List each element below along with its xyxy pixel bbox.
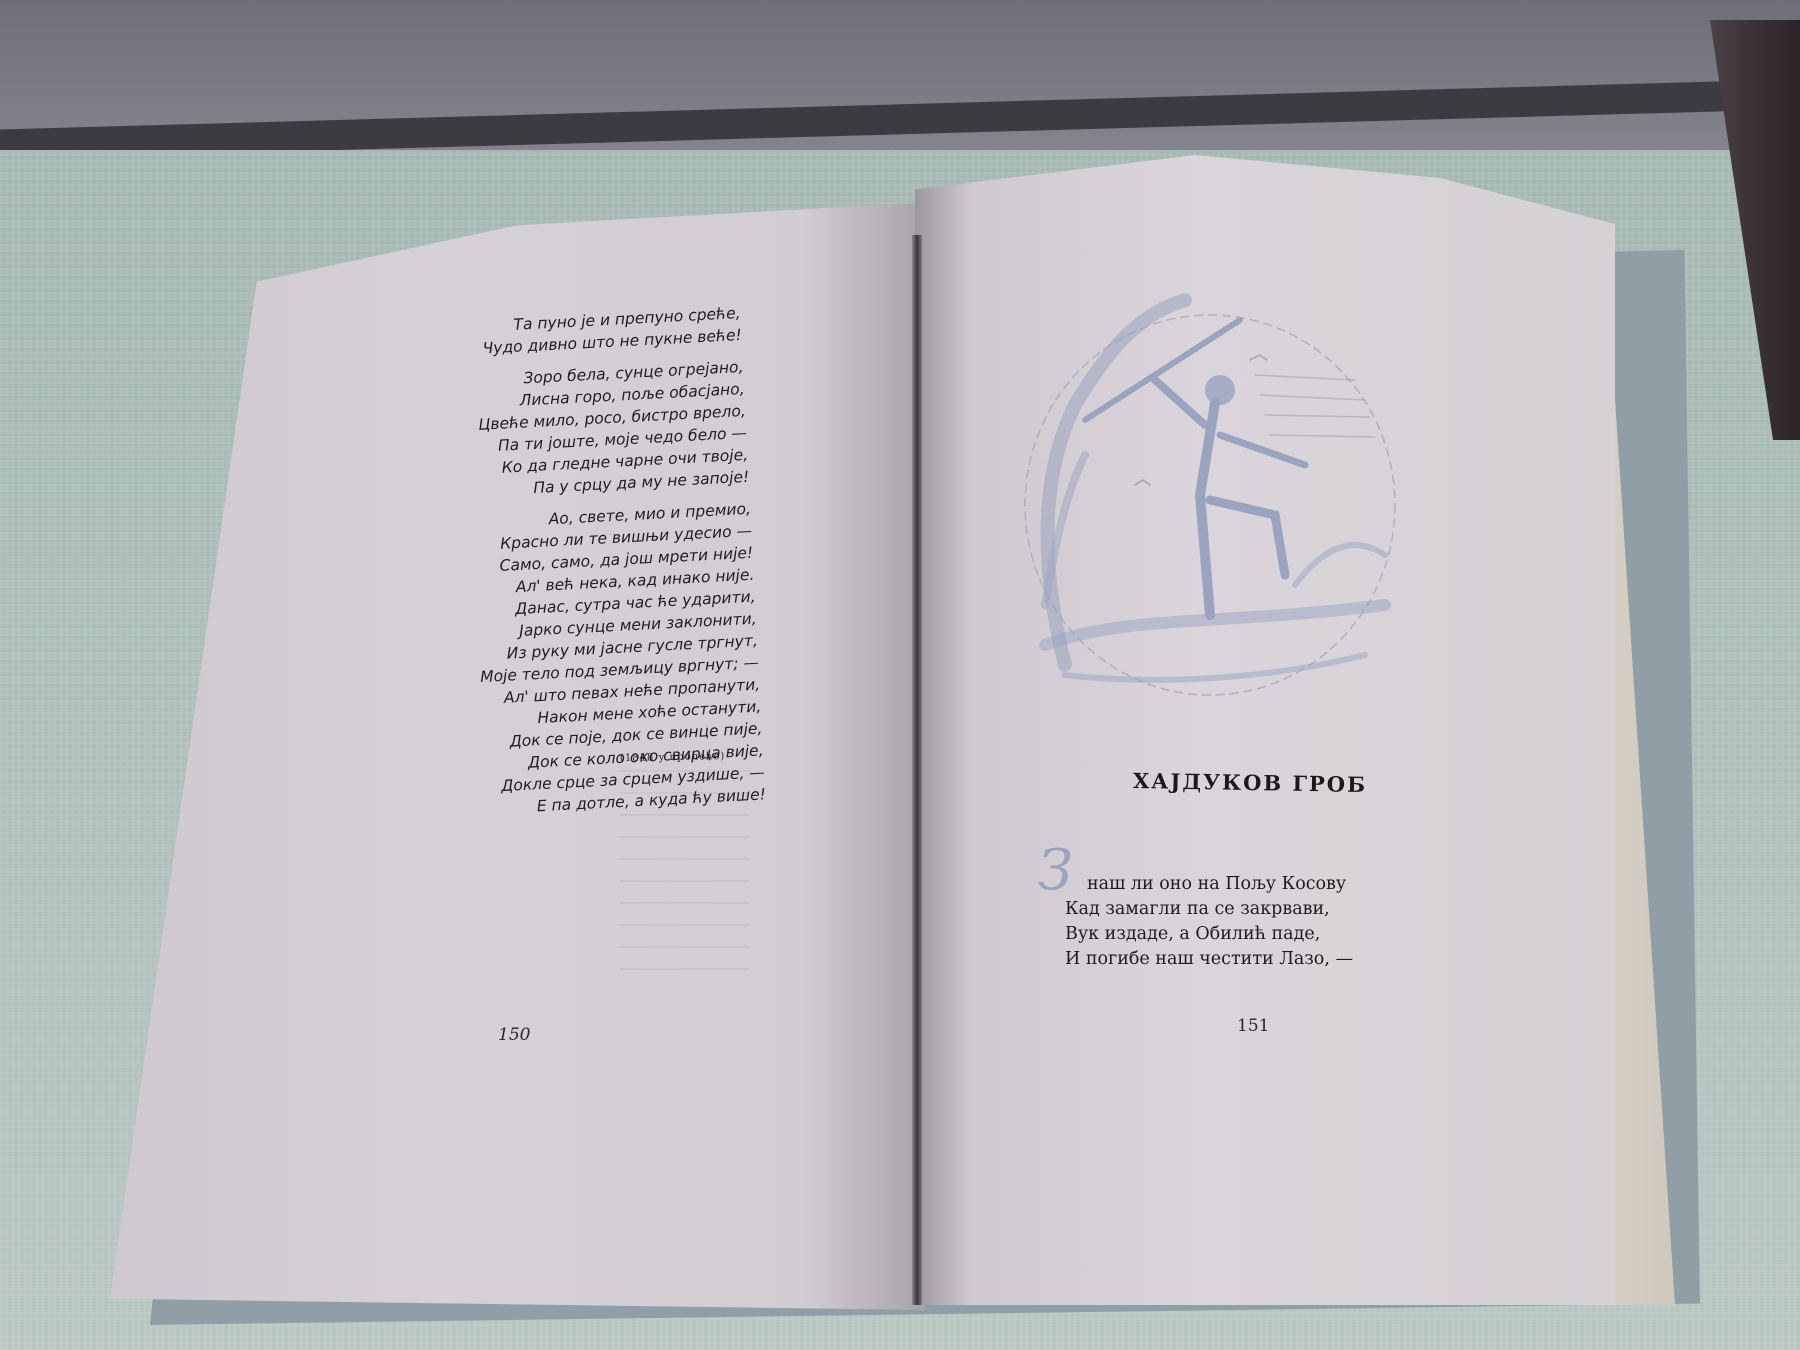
page-number-left: 150 [498, 1025, 530, 1045]
book-gutter [912, 235, 922, 1305]
bleed-through-text [620, 770, 750, 970]
hajduk-illustration [1005, 285, 1415, 705]
poem-title: ХАЈДУКОВ ГРОБ [1133, 768, 1367, 797]
right-page-poem: наш ли оно на Пољу Косову Кад замагли па… [1065, 872, 1353, 972]
page-number-right: 151 [1237, 1016, 1269, 1036]
poem-line: Кад замагли па се закрвави, [1065, 897, 1353, 922]
poem-date-note: (1848 у пролеће) [620, 751, 725, 764]
poem-stanza: Зоро бела, сунце огрејано, Лисна горо, п… [413, 356, 749, 505]
poem-line: Вук издаде, а Обилић паде, [1065, 922, 1353, 947]
poem-line: И погибе наш честити Лазо, — [1065, 947, 1353, 972]
poem-line: наш ли оно на Пољу Косову [1065, 872, 1353, 897]
